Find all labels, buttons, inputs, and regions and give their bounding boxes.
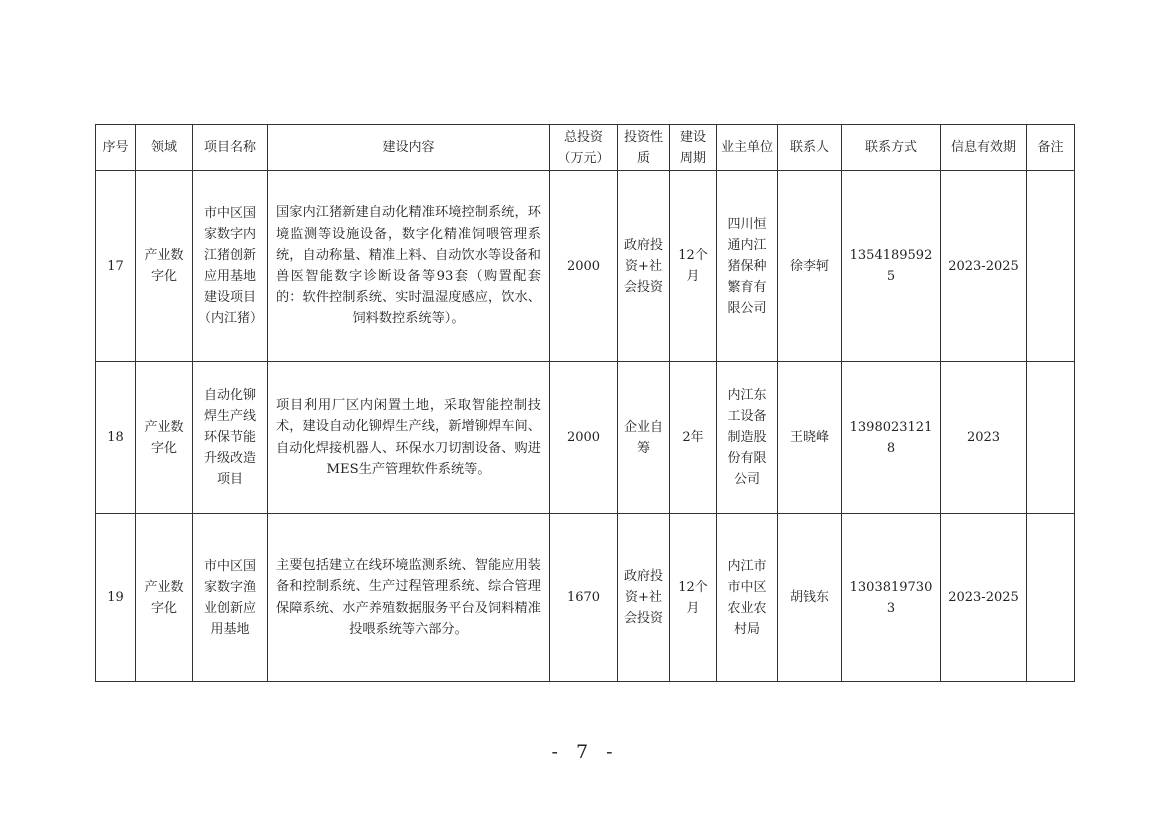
cell-field: 产业数字化 <box>136 171 193 362</box>
cell-field: 产业数字化 <box>136 514 193 682</box>
cell-period: 2年 <box>670 362 717 514</box>
cell-investment: 2000 <box>550 362 618 514</box>
cell-nature: 政府投资+社会投资 <box>618 171 670 362</box>
table-header-row: 序号 领域 项目名称 建设内容 总投资（万元） 投资性质 建设周期 业主单位 联… <box>96 125 1075 171</box>
header-index: 序号 <box>96 125 136 171</box>
cell-owner: 四川恒通内江猪保种繁育有限公司 <box>717 171 778 362</box>
cell-phone: 13038197303 <box>842 514 941 682</box>
header-nature: 投资性质 <box>618 125 670 171</box>
cell-content: 项目利用厂区内闲置土地，采取智能控制技术，建设自动化铆焊生产线，新增铆焊车间、自… <box>268 362 550 514</box>
table-row: 17 产业数字化 市中区国家数字内江猪创新应用基地建设项目（内江猪） 国家内江猪… <box>96 171 1075 362</box>
cell-validity: 2023 <box>941 362 1027 514</box>
cell-remark <box>1027 362 1075 514</box>
table-row: 18 产业数字化 自动化铆焊生产线环保节能升级改造项目 项目利用厂区内闲置土地，… <box>96 362 1075 514</box>
cell-period: 12个月 <box>670 514 717 682</box>
project-table: 序号 领域 项目名称 建设内容 总投资（万元） 投资性质 建设周期 业主单位 联… <box>95 124 1075 682</box>
cell-index: 18 <box>96 362 136 514</box>
cell-project-name: 市中区国家数字渔业创新应用基地 <box>193 514 268 682</box>
header-investment: 总投资（万元） <box>550 125 618 171</box>
cell-remark <box>1027 514 1075 682</box>
cell-project-name: 自动化铆焊生产线环保节能升级改造项目 <box>193 362 268 514</box>
cell-contact: 王晓峰 <box>778 362 842 514</box>
cell-content: 主要包括建立在线环境监测系统、智能应用装备和控制系统、生产过程管理系统、综合管理… <box>268 514 550 682</box>
cell-investment: 2000 <box>550 171 618 362</box>
header-project-name: 项目名称 <box>193 125 268 171</box>
cell-investment: 1670 <box>550 514 618 682</box>
cell-content: 国家内江猪新建自动化精准环境控制系统，环境监测等设施设备，数字化精准饲喂管理系统… <box>268 171 550 362</box>
cell-nature: 企业自筹 <box>618 362 670 514</box>
cell-index: 17 <box>96 171 136 362</box>
document-page: 序号 领域 项目名称 建设内容 总投资（万元） 投资性质 建设周期 业主单位 联… <box>0 0 1170 827</box>
cell-owner: 内江市市中区农业农村局 <box>717 514 778 682</box>
cell-validity: 2023-2025 <box>941 514 1027 682</box>
cell-project-name: 市中区国家数字内江猪创新应用基地建设项目（内江猪） <box>193 171 268 362</box>
cell-period: 12个月 <box>670 171 717 362</box>
cell-nature: 政府投资+社会投资 <box>618 514 670 682</box>
cell-phone: 13541895925 <box>842 171 941 362</box>
cell-phone: 13980231218 <box>842 362 941 514</box>
cell-field: 产业数字化 <box>136 362 193 514</box>
header-contact: 联系人 <box>778 125 842 171</box>
header-validity: 信息有效期 <box>941 125 1027 171</box>
header-phone: 联系方式 <box>842 125 941 171</box>
cell-remark <box>1027 171 1075 362</box>
page-number: - 7 - <box>0 741 1170 763</box>
header-period: 建设周期 <box>670 125 717 171</box>
cell-owner: 内江东工设备制造股份有限公司 <box>717 362 778 514</box>
table-row: 19 产业数字化 市中区国家数字渔业创新应用基地 主要包括建立在线环境监测系统、… <box>96 514 1075 682</box>
header-field: 领域 <box>136 125 193 171</box>
cell-contact: 徐李轲 <box>778 171 842 362</box>
header-content: 建设内容 <box>268 125 550 171</box>
cell-validity: 2023-2025 <box>941 171 1027 362</box>
header-owner: 业主单位 <box>717 125 778 171</box>
cell-index: 19 <box>96 514 136 682</box>
cell-contact: 胡钱东 <box>778 514 842 682</box>
header-remark: 备注 <box>1027 125 1075 171</box>
